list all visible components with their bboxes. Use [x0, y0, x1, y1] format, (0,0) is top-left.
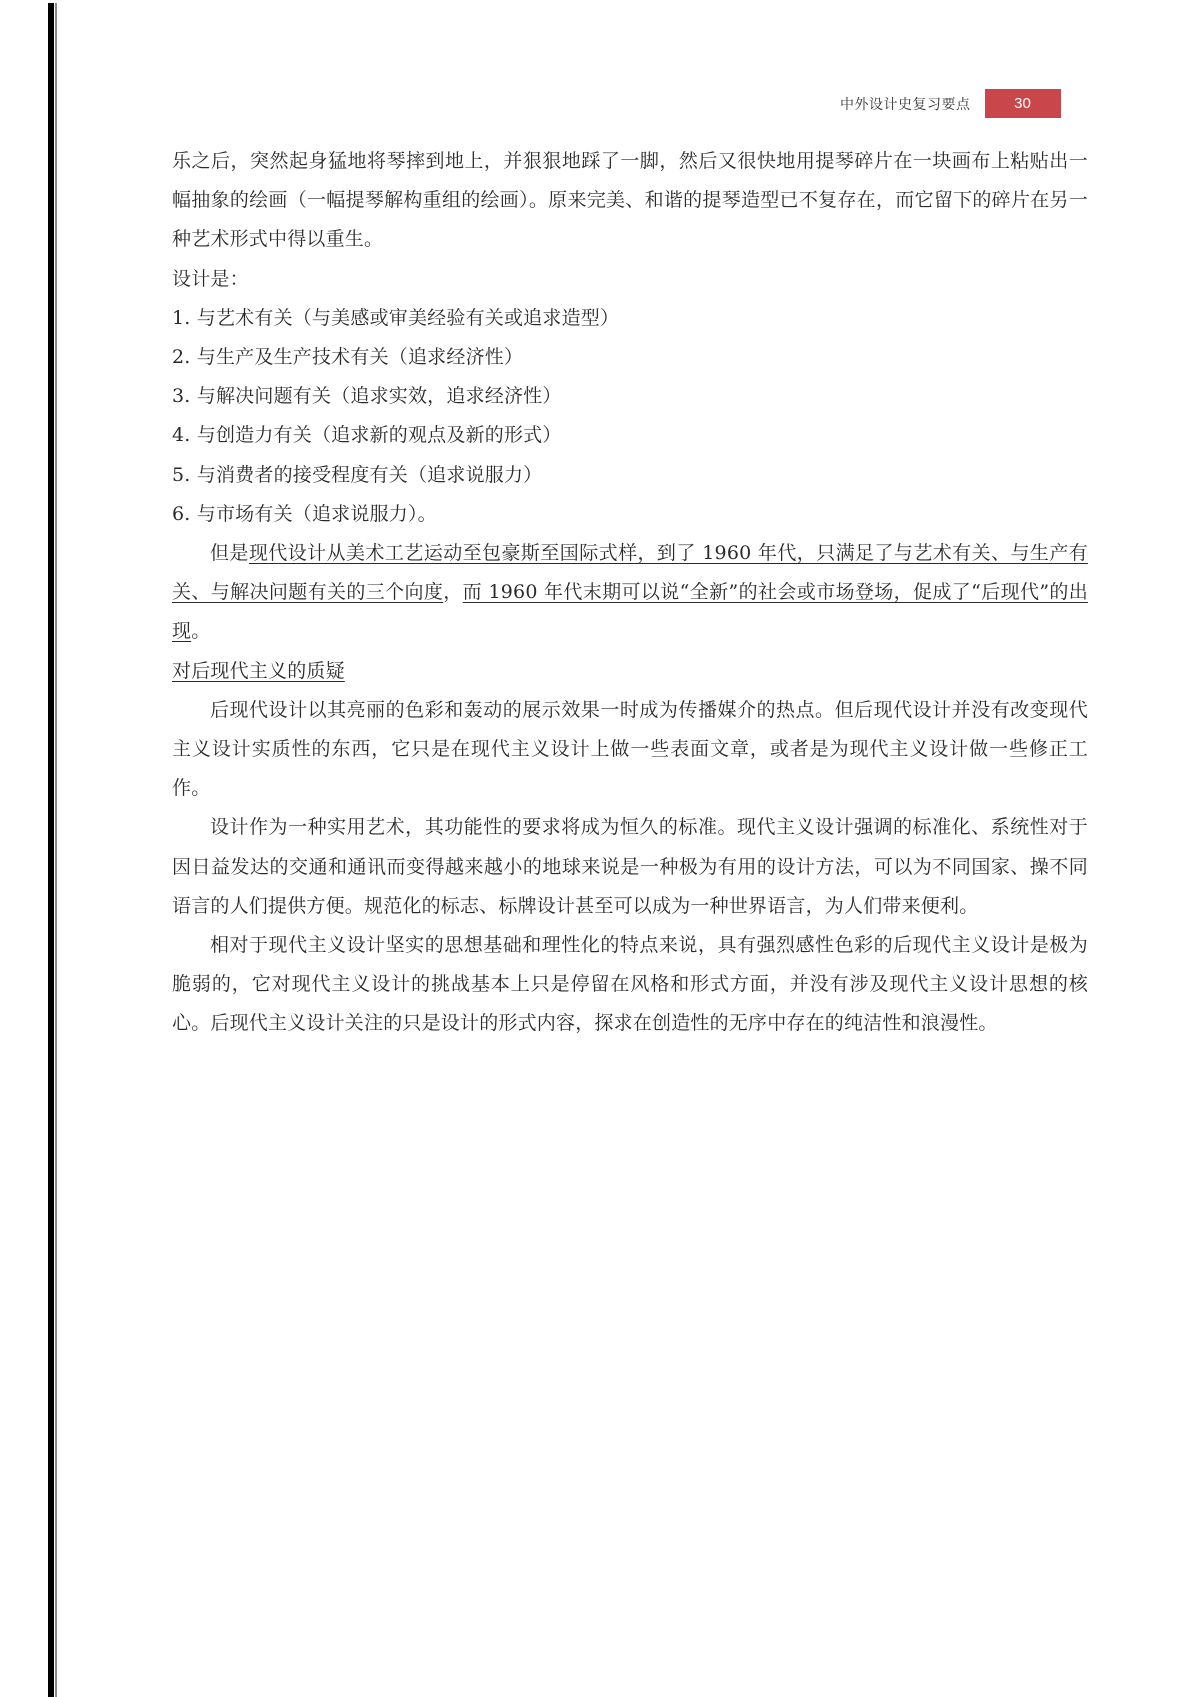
page-number: 30 — [1014, 95, 1031, 112]
list-item: 4. 与创造力有关（追求新的观点及新的形式） — [172, 416, 1088, 455]
design-is-label: 设计是： — [172, 260, 1088, 299]
running-header: 中外设计史复习要点 30 — [840, 89, 1061, 118]
paragraph: 后现代设计以其亮丽的色彩和轰动的展示效果一时成为传播媒介的热点。但后现代设计并没… — [172, 691, 1088, 809]
section-heading: 对后现代主义的质疑 — [172, 652, 1088, 691]
header-title: 中外设计史复习要点 — [840, 94, 971, 114]
separator: ， — [443, 581, 462, 603]
paragraph: 设计作为一种实用艺术，其功能性的要求将成为恒久的标准。现代主义设计强调的标准化、… — [172, 808, 1088, 926]
paragraph-lead: 但是 — [210, 542, 249, 564]
paragraph: 相对于现代主义设计坚实的思想基础和理性化的特点来说，具有强烈感性色彩的后现代主义… — [172, 926, 1088, 1044]
paragraph-modern-design-1960s: 但是现代设计从美术工艺运动至包豪斯至国际式样，到了 1960 年代，只满足了与艺… — [172, 534, 1088, 652]
paragraph-continued: 乐之后，突然起身猛地将琴摔到地上，并狠狠地踩了一脚，然后又很快地用提琴碎片在一块… — [172, 142, 1088, 260]
list-item: 6. 与市场有关（追求说服力）。 — [172, 495, 1088, 534]
list-item: 3. 与解决问题有关（追求实效，追求经济性） — [172, 377, 1088, 416]
page-number-badge: 30 — [985, 89, 1061, 118]
page-binding-edge — [48, 3, 54, 1697]
page-binding-edge-shadow — [55, 3, 57, 1697]
page-body: 乐之后，突然起身猛地将琴摔到地上，并狠狠地踩了一脚，然后又很快地用提琴碎片在一块… — [172, 142, 1088, 1044]
list-item: 2. 与生产及生产技术有关（追求经济性） — [172, 338, 1088, 377]
list-item: 1. 与艺术有关（与美感或审美经验有关或追求造型） — [172, 299, 1088, 338]
section-heading-text: 对后现代主义的质疑 — [172, 660, 345, 682]
paragraph-end: 。 — [191, 620, 210, 642]
list-item: 5. 与消费者的接受程度有关（追求说服力） — [172, 456, 1088, 495]
